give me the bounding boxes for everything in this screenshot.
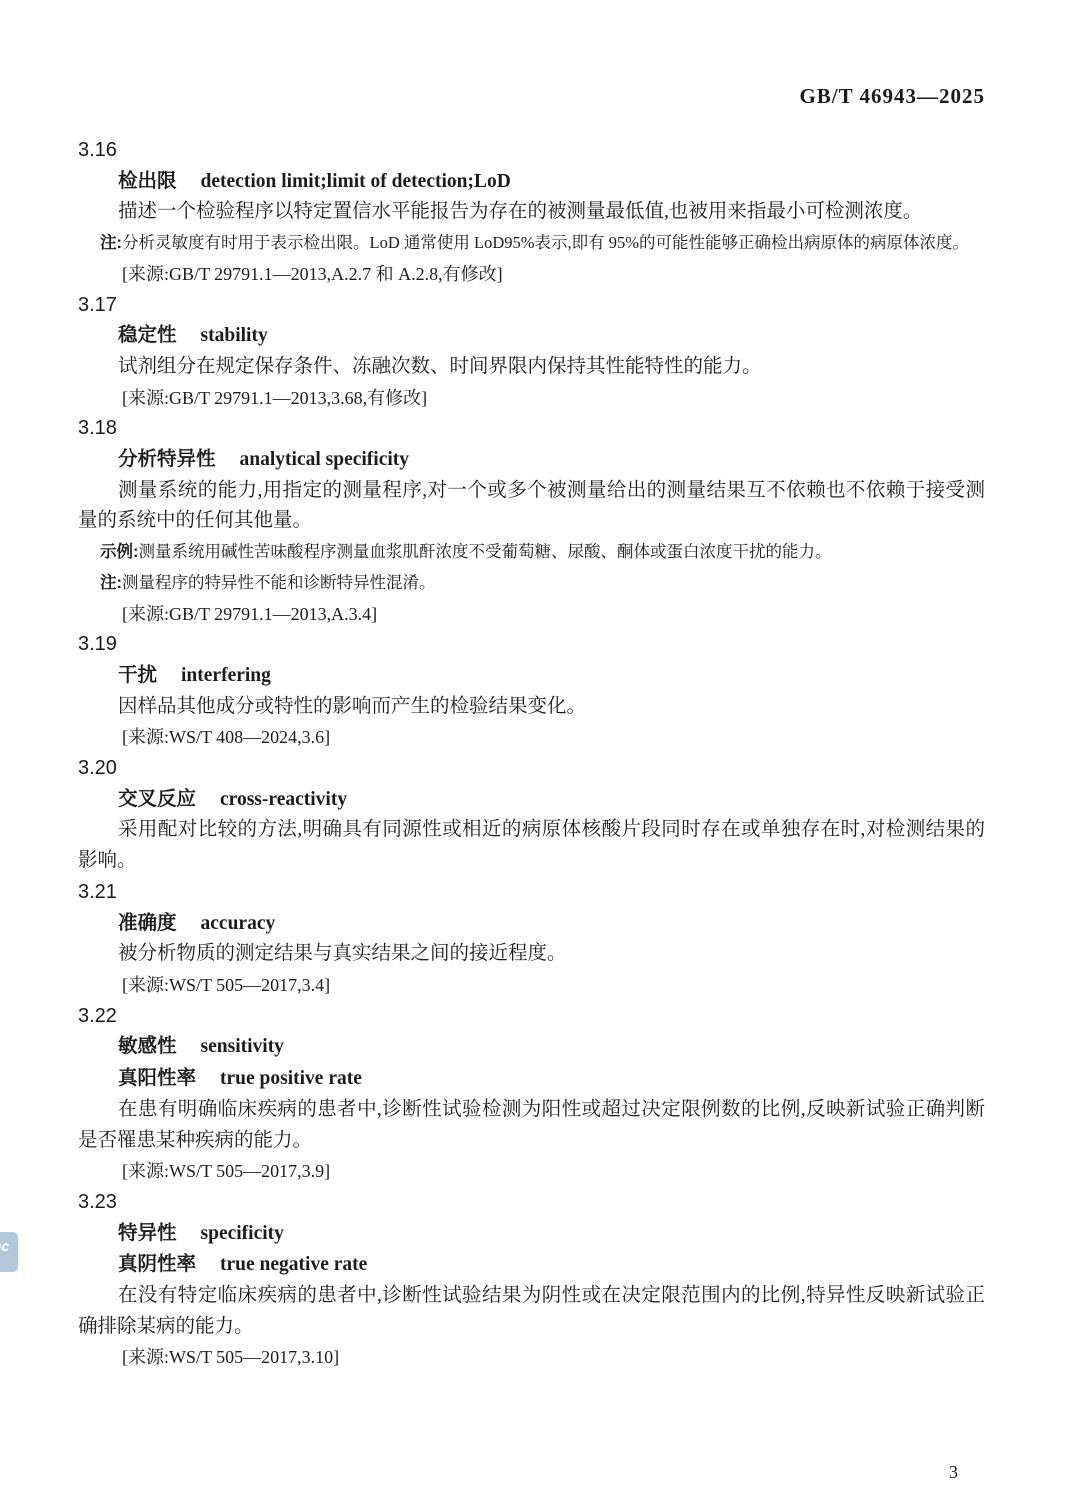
page-header: GB/T 46943—2025	[0, 0, 1080, 109]
term-line: 检出限detection limit;limit of detection;Lo…	[78, 166, 985, 198]
section-3-18: 3.18 分析特异性analytical specificity 测量系统的能力…	[78, 413, 985, 629]
note-text: 测量程序的特异性不能和诊断特异性混淆。	[122, 573, 436, 592]
definition: 被分析物质的测定结果与真实结果之间的接近程度。	[78, 939, 985, 970]
source-line: [来源:WS/T 408—2024,3.6]	[78, 722, 985, 753]
definition: 在没有特定临床疾病的患者中,诊断性试验结果为阴性或在决定限范围内的比例,特异性反…	[78, 1281, 985, 1342]
source-line: [来源:GB/T 29791.1—2013,A.2.7 和 A.2.8,有修改]	[78, 259, 985, 290]
term-line: 稳定性stability	[78, 320, 985, 352]
definition: 描述一个检验程序以特定置信水平能报告为存在的被测量最低值,也被用来指最小可检测浓…	[78, 197, 985, 228]
term-zh: 检出限	[118, 170, 177, 192]
definition: 采用配对比较的方法,明确具有同源性或相近的病原体核酸片段同时存在或单独存在时,对…	[78, 815, 985, 876]
definition: 试剂组分在规定保存条件、冻融次数、时间界限内保持其性能特性的能力。	[78, 352, 985, 383]
section-number: 3.20	[78, 753, 985, 784]
section-3-23: 3.23 特异性specificity 真阴性率true negative ra…	[78, 1187, 985, 1373]
term-en: true negative rate	[220, 1254, 367, 1275]
example: 示例:测量系统用碱性苦味酸程序测量血浆肌酐浓度不受葡萄糖、尿酸、酮体或蛋白浓度干…	[100, 537, 985, 568]
definition: 在患有明确临床疾病的患者中,诊断性试验检测为阳性或超过决定限例数的比例,反映新试…	[78, 1095, 985, 1156]
term-line: 敏感性sensitivity	[78, 1031, 985, 1063]
term-en: detection limit;limit of detection;LoD	[201, 171, 511, 192]
term-en: interfering	[181, 665, 271, 686]
note: 注:测量程序的特异性不能和诊断特异性混淆。	[100, 568, 985, 599]
section-3-22: 3.22 敏感性sensitivity 真阳性率true positive ra…	[78, 1001, 985, 1187]
term-zh: 特异性	[118, 1222, 177, 1244]
example-label: 示例:	[100, 543, 139, 561]
source-line: [来源:GB/T 29791.1—2013,A.3.4]	[78, 599, 985, 630]
term-zh: 交叉反应	[118, 788, 196, 810]
section-number: 3.16	[78, 135, 985, 166]
term-line: 交叉反应cross-reactivity	[78, 784, 985, 816]
section-3-21: 3.21 准确度accuracy 被分析物质的测定结果与真实结果之间的接近程度。…	[78, 877, 985, 1001]
term-en: true positive rate	[220, 1068, 362, 1089]
term-zh: 真阴性率	[118, 1253, 196, 1275]
term-zh: 真阳性率	[118, 1067, 196, 1089]
note: 注:分析灵敏度有时用于表示检出限。LoD 通常使用 LoD95%表示,即有 95…	[100, 228, 985, 259]
standard-number-header: GB/T 46943—2025	[799, 84, 985, 108]
term-en: analytical specificity	[240, 449, 410, 470]
source-line: [来源:GB/T 29791.1—2013,3.68,有修改]	[78, 383, 985, 414]
term-line: 准确度accuracy	[78, 908, 985, 940]
section-number: 3.19	[78, 629, 985, 660]
definition: 测量系统的能力,用指定的测量程序,对一个或多个被测量给出的测量结果互不依赖也不依…	[78, 476, 985, 537]
note-text: 分析灵敏度有时用于表示检出限。LoD 通常使用 LoD95%表示,即有 95%的…	[122, 233, 969, 252]
term-line: 真阳性率true positive rate	[78, 1063, 985, 1095]
section-number: 3.17	[78, 290, 985, 321]
section-3-16: 3.16 检出限detection limit;limit of detecti…	[78, 135, 985, 290]
term-line: 特异性specificity	[78, 1218, 985, 1250]
edge-watermark-text: nc	[0, 1238, 9, 1254]
term-en: accuracy	[201, 913, 276, 934]
edge-watermark-badge: nc	[0, 1232, 18, 1272]
section-3-17: 3.17 稳定性stability 试剂组分在规定保存条件、冻融次数、时间界限内…	[78, 290, 985, 414]
term-zh: 敏感性	[118, 1035, 177, 1057]
term-en: stability	[201, 325, 268, 346]
source-line: [来源:WS/T 505—2017,3.9]	[78, 1156, 985, 1187]
term-en: specificity	[201, 1223, 284, 1244]
page-number: 3	[949, 1462, 958, 1483]
source-line: [来源:WS/T 505—2017,3.4]	[78, 970, 985, 1001]
term-en: cross-reactivity	[220, 789, 347, 810]
source-line: [来源:WS/T 505—2017,3.10]	[78, 1342, 985, 1373]
definition: 因样品其他成分或特性的影响而产生的检验结果变化。	[78, 692, 985, 723]
section-number: 3.23	[78, 1187, 985, 1218]
term-zh: 分析特异性	[118, 448, 216, 470]
document-body: 3.16 检出限detection limit;limit of detecti…	[0, 109, 1080, 1373]
term-line: 分析特异性analytical specificity	[78, 444, 985, 476]
note-label: 注:	[100, 574, 122, 592]
term-zh: 准确度	[118, 912, 177, 934]
section-3-20: 3.20 交叉反应cross-reactivity 采用配对比较的方法,明确具有…	[78, 753, 985, 877]
section-number: 3.22	[78, 1001, 985, 1032]
term-line: 真阴性率true negative rate	[78, 1249, 985, 1281]
term-zh: 稳定性	[118, 324, 177, 346]
term-zh: 干扰	[118, 664, 157, 686]
example-text: 测量系统用碱性苦味酸程序测量血浆肌酐浓度不受葡萄糖、尿酸、酮体或蛋白浓度干扰的能…	[139, 542, 832, 561]
term-line: 干扰interfering	[78, 660, 985, 692]
term-en: sensitivity	[201, 1036, 284, 1057]
section-number: 3.18	[78, 413, 985, 444]
section-3-19: 3.19 干扰interfering 因样品其他成分或特性的影响而产生的检验结果…	[78, 629, 985, 753]
note-label: 注:	[100, 234, 122, 252]
section-number: 3.21	[78, 877, 985, 908]
